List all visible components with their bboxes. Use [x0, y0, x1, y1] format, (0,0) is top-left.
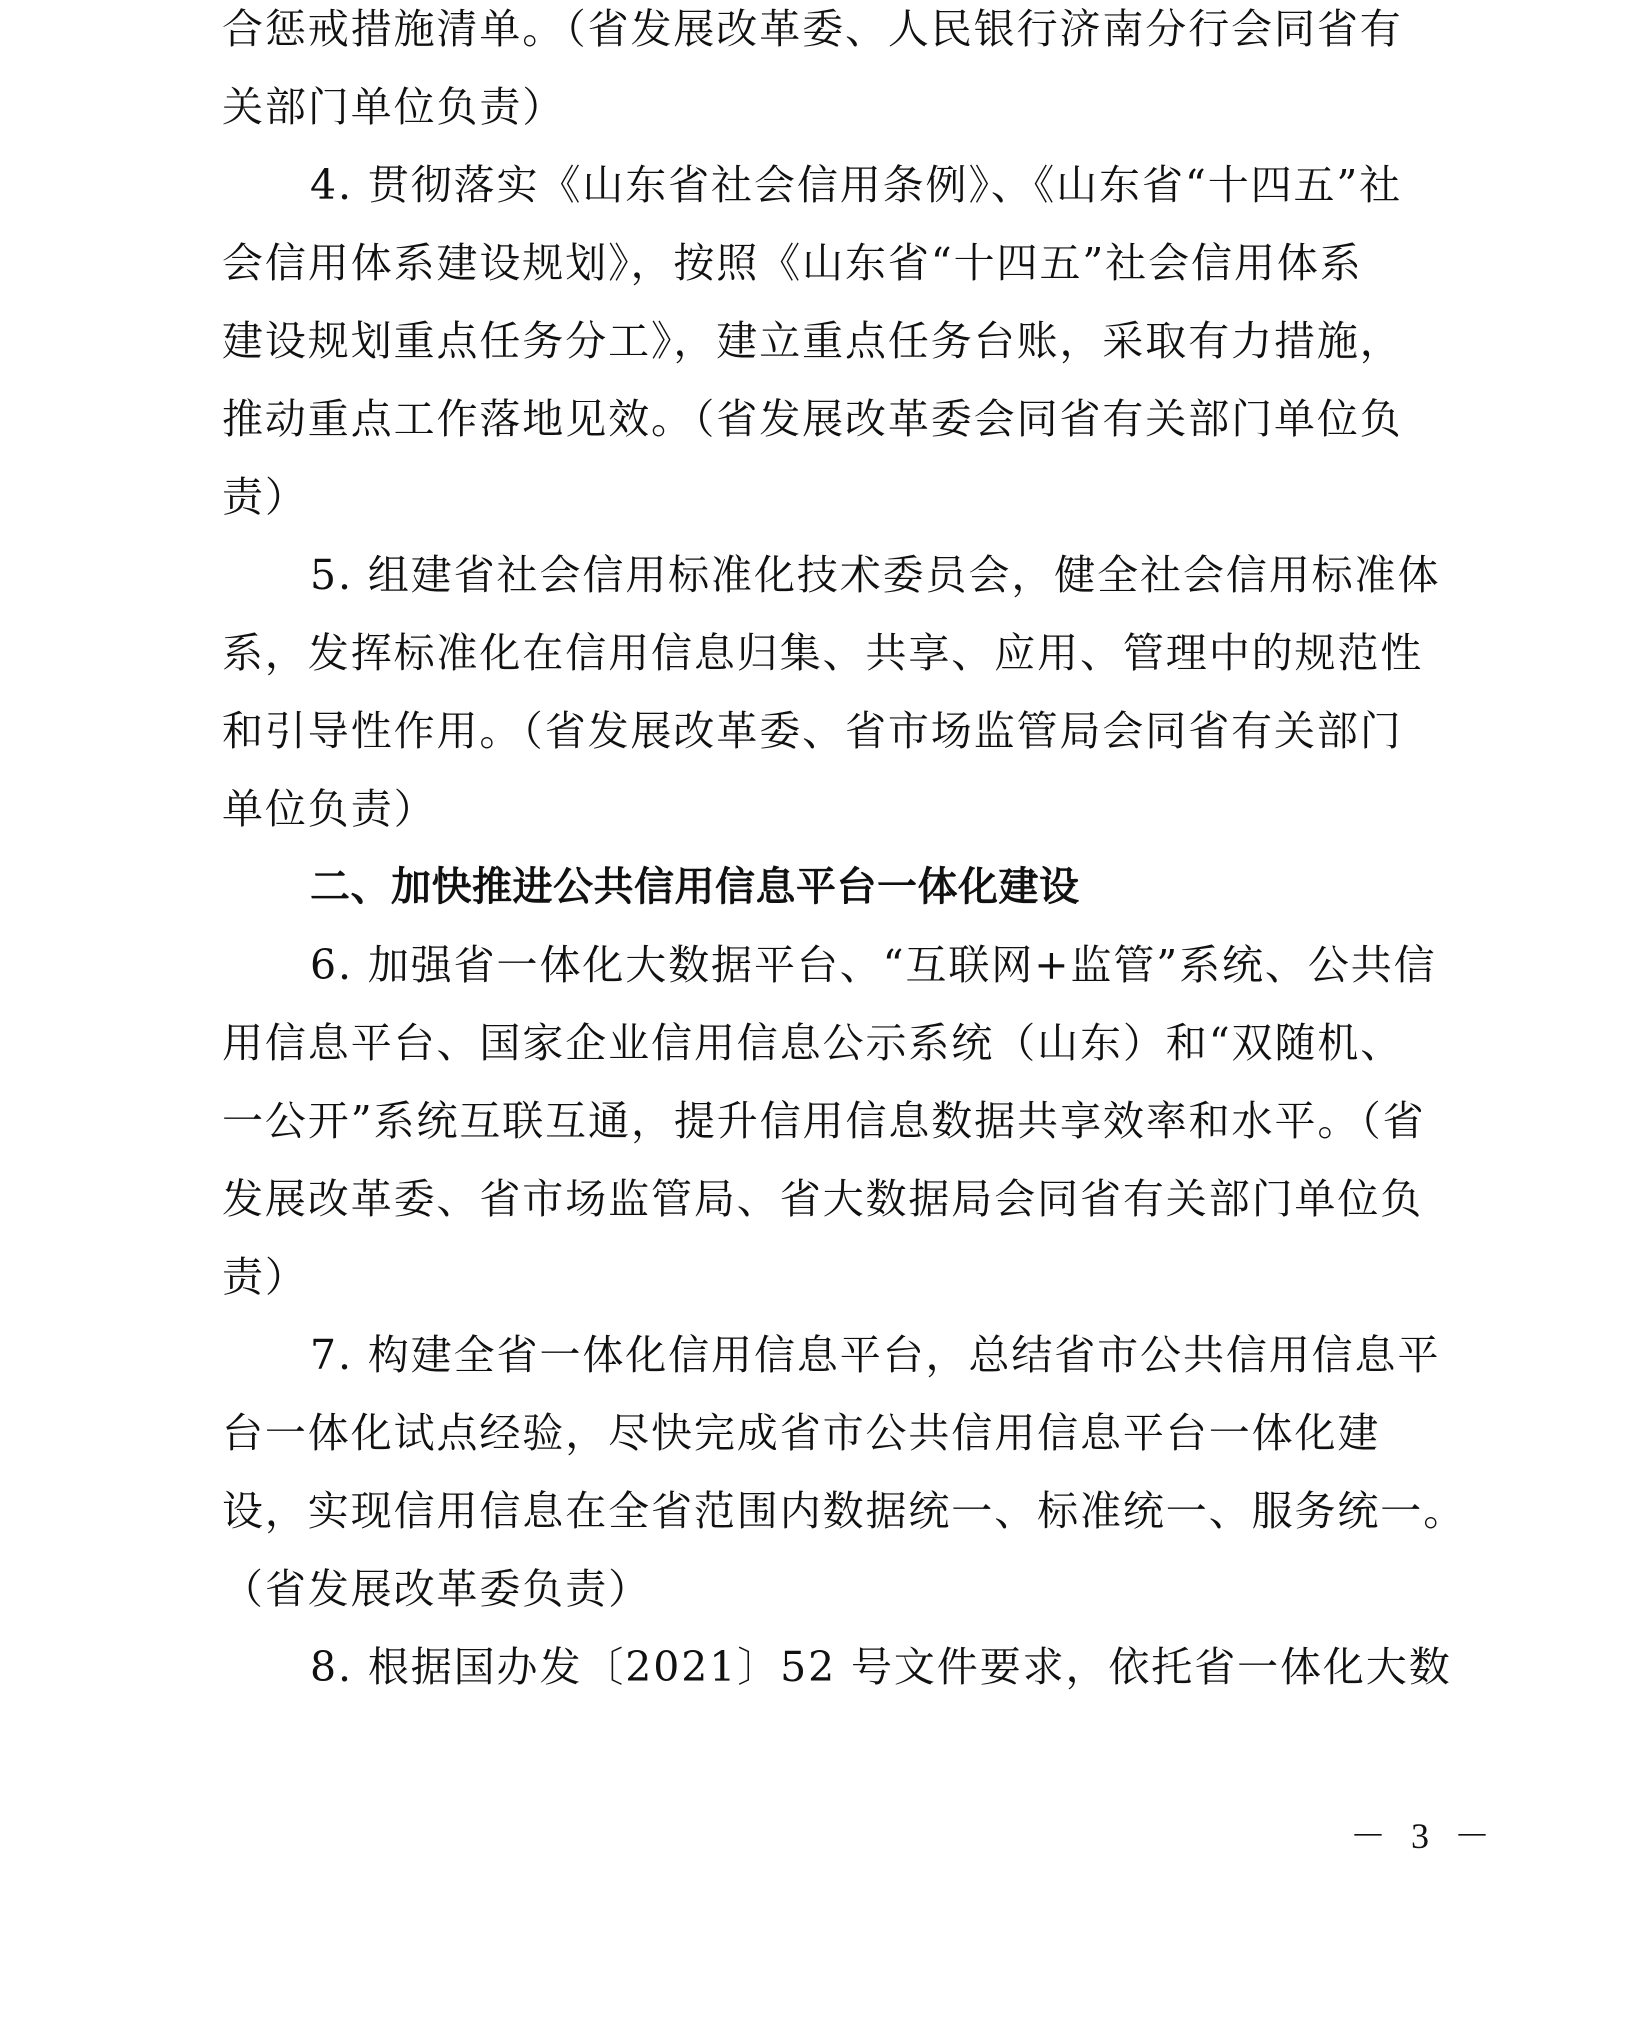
text-line: 用信息平台、国家企业信用信息公示系统（山东）和“双随机、: [222, 1018, 1403, 1096]
text-line: 关部门单位负责）: [222, 82, 565, 160]
text-line: 一公开”系统互联互通，提升信用信息数据共享效率和水平。（省: [222, 1096, 1426, 1174]
text-line: 责）: [222, 1252, 308, 1330]
paragraph-item-8: 8. 根据国办发〔2021〕52 号文件要求，依托省一体化大数: [310, 1642, 1452, 1720]
paragraph-item-6: 6. 加强省一体化大数据平台、“互联网+监管”系统、公共信: [310, 940, 1437, 1018]
text-line: 发展改革委、省市场监管局、省大数据局会同省有关部门单位负: [222, 1174, 1423, 1252]
text-line: 和引导性作用。（省发展改革委、省市场监管局会同省有关部门: [222, 706, 1403, 784]
text-line: 单位负责）: [222, 784, 437, 862]
paragraph-item-5: 5. 组建省社会信用标准化技术委员会，健全社会信用标准体: [310, 550, 1440, 628]
section-heading: 二、加快推进公共信用信息平台一体化建设: [310, 862, 1080, 940]
text-line: 设，实现信用信息在全省范围内数据统一、标准统一、服务统一。: [222, 1486, 1466, 1564]
text-line: 合惩戒措施清单。（省发展改革委、人民银行济南分行会同省有: [222, 4, 1403, 82]
text-line: 会信用体系建设规划》，按照《山东省“十四五”社会信用体系: [222, 238, 1363, 316]
page-number: － 3 －: [1350, 1808, 1498, 1859]
text-line: 系，发挥标准化在信用信息归集、共享、应用、管理中的规范性: [222, 628, 1423, 706]
text-line: 建设规划重点任务分工》，建立重点任务台账，采取有力措施，: [222, 316, 1403, 394]
text-line: 责）: [222, 472, 308, 550]
paragraph-item-7: 7. 构建全省一体化信用信息平台，总结省市公共信用信息平: [310, 1330, 1440, 1408]
text-line: （省发展改革委负责）: [222, 1564, 651, 1642]
paragraph-item-4: 4. 贯彻落实《山东省社会信用条例》、《山东省“十四五”社: [310, 160, 1402, 238]
text-line: 推动重点工作落地见效。（省发展改革委会同省有关部门单位负: [222, 394, 1403, 472]
text-line: 台一体化试点经验，尽快完成省市公共信用信息平台一体化建: [222, 1408, 1380, 1486]
